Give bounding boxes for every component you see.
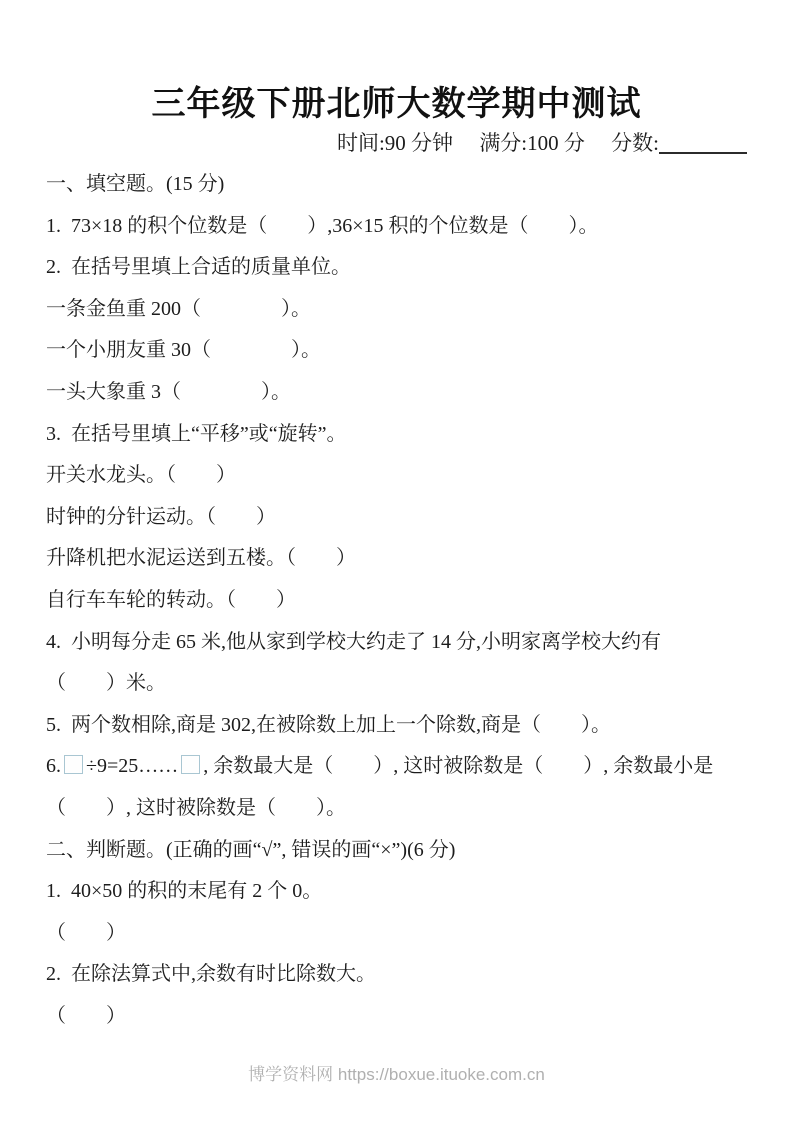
blank-box-dividend	[64, 755, 83, 774]
meta-time: 时间:90 分钟	[337, 131, 453, 155]
blank-box-remainder	[181, 755, 200, 774]
exam-paper-page: 三年级下册北师大数学期中测试 时间:90 分钟 满分:100 分 分数: 一、填…	[0, 0, 793, 1122]
fill-q6-line2: （ ）, 这时被除数是（ ）。	[0, 788, 793, 830]
fill-q3-lift: 升降机把水泥运送到五楼。（ ）	[0, 538, 793, 580]
fill-q3-wheel: 自行车车轮的转动。（ ）	[0, 580, 793, 622]
meta-full-score: 满分:100 分	[479, 131, 585, 155]
fill-q3-tap: 开关水龙头。（ ）	[0, 455, 793, 497]
exam-body: 一、填空题。(15 分) 1. 73×18 的积个位数是（ ）,36×15 积的…	[0, 164, 793, 1037]
fill-q2-goldfish: 一条金鱼重 200（ ）。	[0, 289, 793, 331]
fill-q2: 2. 在括号里填上合适的质量单位。	[0, 247, 793, 289]
q6-number: 6.	[46, 755, 61, 777]
judge-q2: 2. 在除法算式中,余数有时比除数大。	[0, 954, 793, 996]
fill-q6-line1: 6.÷9=25……, 余数最大是（ ）, 这时被除数是（ ）, 余数最小是	[0, 746, 793, 788]
meta-score-label: 分数:	[611, 131, 659, 155]
site-watermark: 博学资料网 https://boxue.ituoke.com.cn	[0, 1063, 793, 1087]
section-judge-header: 二、判断题。(正确的画“√”, 错误的画“×”)(6 分)	[0, 830, 793, 872]
judge-q1-answer: （ ）	[0, 913, 793, 955]
exam-meta: 时间:90 分钟 满分:100 分 分数:	[0, 128, 793, 158]
section-fill-header: 一、填空题。(15 分)	[0, 164, 793, 206]
q6-expression: ÷9=25……	[86, 755, 178, 777]
fill-q3-clock: 时钟的分针运动。（ ）	[0, 497, 793, 539]
fill-q2-elephant: 一头大象重 3（ ）。	[0, 372, 793, 414]
fill-q2-child: 一个小朋友重 30（ ）。	[0, 330, 793, 372]
fill-q4-line2: （ ）米。	[0, 663, 793, 705]
judge-q2-answer: （ ）	[0, 996, 793, 1038]
fill-q5: 5. 两个数相除,商是 302,在被除数上加上一个除数,商是（ ）。	[0, 705, 793, 747]
page-title: 三年级下册北师大数学期中测试	[0, 82, 793, 128]
meta-spacer-2	[585, 131, 611, 155]
fill-q1: 1. 73×18 的积个位数是（ ）,36×15 积的个位数是（ ）。	[0, 206, 793, 248]
score-blank-line	[659, 132, 747, 154]
fill-q3: 3. 在括号里填上“平移”或“旋转”。	[0, 414, 793, 456]
judge-q1: 1. 40×50 的积的末尾有 2 个 0。	[0, 871, 793, 913]
q6-rest: , 余数最大是（ ）, 这时被除数是（ ）, 余数最小是	[203, 755, 713, 777]
fill-q4-line1: 4. 小明每分走 65 米,他从家到学校大约走了 14 分,小明家离学校大约有	[0, 622, 793, 664]
meta-spacer-1	[453, 131, 479, 155]
